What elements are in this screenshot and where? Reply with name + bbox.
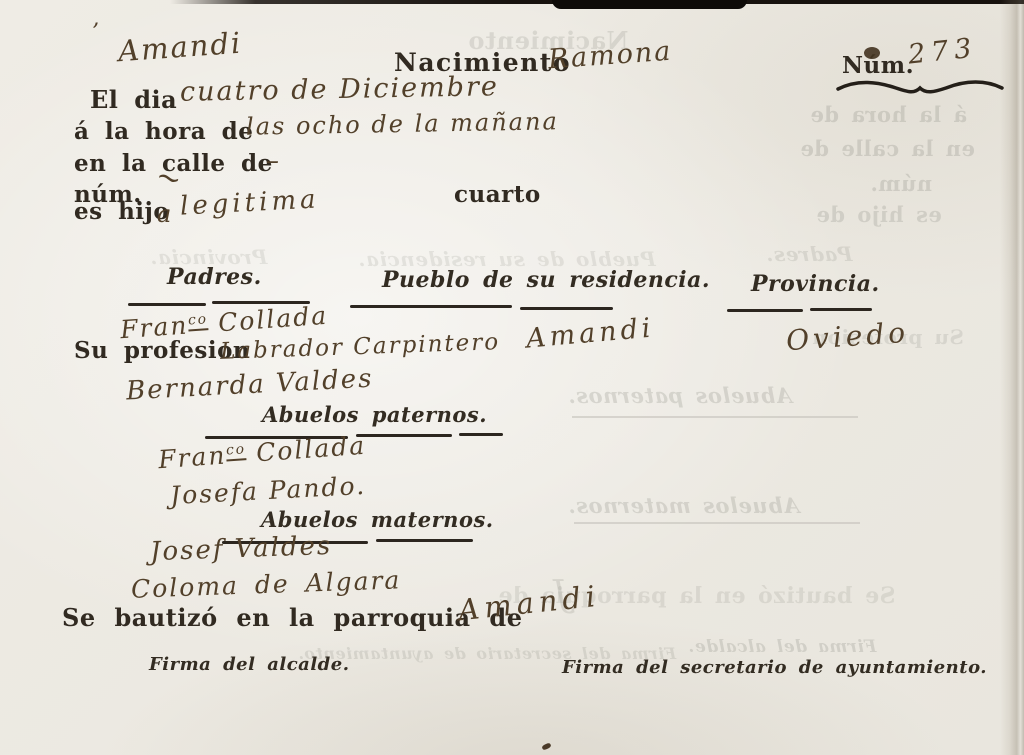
rule-padres-1 [128, 303, 206, 306]
signature-caption-alcalde: Firma del alcalde. [149, 654, 350, 675]
ghost-hour-label: á la hora de [810, 102, 967, 127]
ink-flourish [834, 76, 1006, 98]
rule-provincia-1 [727, 309, 803, 312]
day-label: El dia [90, 85, 177, 114]
ghost-child-label: es hijo de [816, 202, 942, 227]
father-name-superscript: co [188, 311, 209, 331]
column-header-provincia: Provincia. [751, 271, 880, 297]
birth-registry-page: Nacimiento á la hora de en la calle de n… [0, 0, 1024, 755]
ghost-paternal-header: Abuelos paternos. [568, 383, 792, 408]
maternal-grandparents-header: Abuelos maternos. [261, 507, 494, 532]
signature-caption-secretario: Firma del secretario de ayuntamiento. [562, 657, 987, 678]
paternal-grandfather-superscript: co [226, 441, 247, 461]
ink-speck [541, 742, 551, 750]
child-correction-handwritten: a [157, 200, 173, 228]
column-header-padres: Padres. [167, 264, 262, 290]
hour-label: á la hora de [74, 118, 253, 145]
ghost-street-label: en la calle de [800, 136, 975, 161]
ghost-maternal-header: Abuelos maternos. [568, 493, 800, 518]
maternal-grandmother-handwritten: Coloma de Algara [131, 565, 402, 603]
floor-label: cuarto [454, 181, 541, 208]
hour-handwritten: las ocho de la mañana [246, 107, 559, 140]
municipality-handwritten: Amandi [117, 26, 243, 69]
mother-name-handwritten: Bernarda Valdes [125, 364, 374, 407]
column-header-pueblo: Pueblo de su residencia. [382, 267, 710, 293]
father-name-post: Collada [207, 301, 329, 338]
ghost-number-label: núm. [870, 171, 932, 196]
legitimacy-handwritten: legitima [179, 184, 320, 221]
ghost-rule-paternal [572, 416, 858, 418]
baptism-parish-handwritten: Amandi [457, 579, 602, 628]
paternal-grandfather-pre: Fran [157, 441, 227, 475]
ink-blot [864, 47, 880, 59]
rule-pueblo-2 [520, 307, 613, 310]
profession-handwritten: Labrador Carpintero [220, 329, 501, 365]
maternal-grandfather-handwritten: Josef Valdes [150, 531, 333, 567]
record-number-handwritten: 273 [907, 32, 979, 70]
paternal-grandparents-header: Abuelos paternos. [262, 402, 487, 427]
ghost-signature-alcalde: Firma del alcalde. [688, 637, 876, 657]
rule-pueblo-1 [350, 305, 512, 308]
rule-paternal-3 [459, 433, 503, 436]
handwritten-tick-mark: ’ [92, 20, 101, 45]
paternal-grandfather-handwritten: Franco Collada [157, 431, 367, 474]
rule-paternal-2 [356, 434, 452, 437]
baptism-label: Se bautizó en la parroquia de [62, 603, 522, 632]
paternal-grandmother-handwritten: Josefa Pando. [169, 471, 366, 510]
rule-provincia-2 [810, 308, 872, 311]
ghost-rule-maternal [574, 522, 860, 524]
residence-handwritten: Amandi [525, 312, 656, 354]
page-right-edge [1000, 0, 1024, 755]
province-handwritten: Oviedo [785, 316, 910, 358]
child-label: es hijo [74, 198, 169, 225]
street-dash-handwritten: – [266, 146, 281, 176]
day-handwritten: cuatro de Diciembre [180, 71, 499, 108]
book-top-edge-shadow [552, 0, 747, 9]
ghost-padres-header: Padres. [766, 242, 852, 266]
rule-maternal-2 [376, 539, 473, 542]
